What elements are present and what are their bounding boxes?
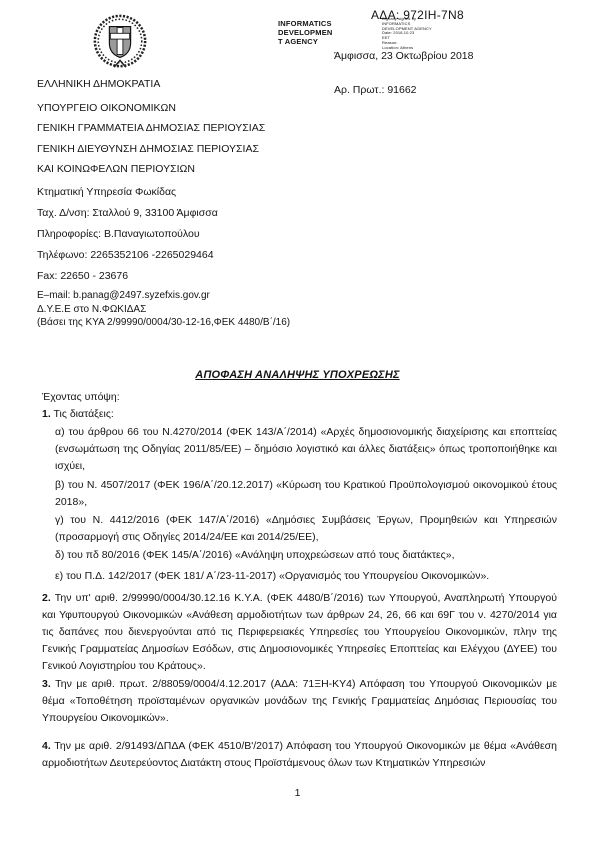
body-item-3: 3. Την με αριθ. πρωτ. 2/88059/0004/4.12.… [42, 676, 557, 727]
sender-dyee: Δ.Υ.Ε.Ε στο Ν.ΦΩΚΙΔΑΣ [37, 304, 146, 315]
body-item-2: 2. Την υπ' αριθ. 2/99990/0004/30.12.16 Κ… [42, 590, 557, 675]
having-regard-line: Έχοντας υπόψη: [42, 389, 557, 406]
sender-secretariat: ΓΕΝΙΚΗ ΓΡΑΜΜΑΤΕΙΑ ΔΗΜΟΣΙΑΣ ΠΕΡΙΟΥΣΙΑΣ [37, 122, 265, 134]
greek-national-emblem-icon [91, 12, 149, 72]
city-date-line: Άμφισσα, 23 Οκτωβρίου 2018 [334, 50, 473, 62]
item-number: 3. [42, 678, 51, 690]
sender-republic: ΕΛΛΗΝΙΚΗ ΔΗΜΟΚΡΑΤΙΑ [37, 78, 160, 90]
item-number: 2. [42, 592, 51, 604]
protocol-number-line: Αρ. Πρωτ.: 91662 [334, 84, 417, 96]
item-number: 1. [42, 408, 51, 420]
sender-phone: Τηλέφωνο: 2265352106 -2265029464 [37, 249, 214, 261]
item-text: Τις διατάξεις: [54, 408, 114, 420]
body-item-1d: δ) του πδ 80/2016 (ΦΕΚ 145/Α΄/2016) «Ανά… [55, 547, 557, 564]
stamp-agency-line: DEVELOPMEN [278, 28, 333, 37]
item-text: Την με αριθ. 2/91493/ΔΠΔΑ (ΦΕΚ 4510/Β'/2… [42, 740, 557, 769]
body-item-4: 4. Την με αριθ. 2/91493/ΔΠΔΑ (ΦΕΚ 4510/Β… [42, 738, 557, 772]
digital-stamp-agency: INFORMATICS DEVELOPMEN T AGENCY [278, 19, 333, 46]
sender-email: E–mail: b.panag@2497.syzefxis.gov.gr [37, 290, 210, 301]
sender-kya-ref: (Βάσει της ΚΥΑ 2/99990/0004/30-12-16,ΦΕΚ… [37, 317, 290, 328]
digital-signature-details: Digitally signed by INFORMATICS DEVELOPM… [382, 17, 432, 51]
item-text: Την με αριθ. πρωτ. 2/88059/0004/4.12.201… [42, 678, 557, 724]
item-text: Την υπ' αριθ. 2/99990/0004/30.12.16 Κ.Υ.… [42, 592, 557, 672]
sender-directorate-2: ΚΑΙ ΚΟΙΝΩΦΕΛΩΝ ΠΕΡΙΟΥΣΙΩΝ [37, 163, 195, 175]
stamp-agency-line: T AGENCY [278, 37, 333, 46]
item-number: 4. [42, 740, 51, 752]
sender-service: Κτηματική Υπηρεσία Φωκίδας [37, 186, 176, 198]
sender-ministry: ΥΠΟΥΡΓΕΙΟ ΟΙΚΟΝΟΜΙΚΩΝ [37, 102, 176, 114]
document-title: ΑΠΟΦΑΣΗ ΑΝΑΛΗΨΗΣ ΥΠΟΧΡΕΩΣΗΣ [0, 369, 595, 381]
sender-address: Ταχ. Δ/νση: Σταλλού 9, 33100 Άμφισσα [37, 207, 218, 219]
body-item-1e: ε) του Π.Δ. 142/2017 (ΦΕΚ 181/ Α΄/23-11-… [55, 568, 557, 585]
page-number: 1 [0, 787, 595, 799]
body-item-1b: β) του Ν. 4507/2017 (ΦΕΚ 196/Α΄/20.12.20… [55, 477, 557, 511]
stamp-agency-line: INFORMATICS [278, 19, 333, 28]
sender-fax: Fax: 22650 - 23676 [37, 270, 128, 282]
sender-directorate: ΓΕΝΙΚΗ ΔΙΕΥΘΥΝΣΗ ΔΗΜΟΣΙΑΣ ΠΕΡΙΟΥΣΙΑΣ [37, 143, 259, 155]
body-item-1a: α) του άρθρου 66 του Ν.4270/2014 (ΦΕΚ 14… [55, 424, 557, 475]
body-item-1: 1. Τις διατάξεις: [42, 406, 557, 423]
document-page: ΑΔΑ: 972IH-7N8 INFORMATICS DEVELOPMEN T … [0, 0, 595, 842]
body-item-1c: γ) του Ν. 4412/2016 (ΦΕΚ 147/Α΄/2016) «Δ… [55, 512, 557, 546]
sender-contact: Πληροφορίες: Β.Παναγιωτοπούλου [37, 228, 200, 240]
